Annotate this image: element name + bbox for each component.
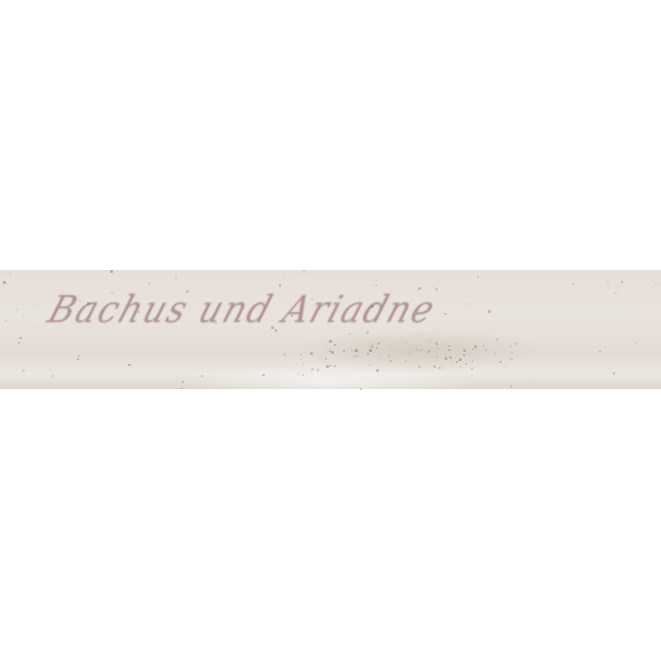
porcelain-band: Bachus und Ariadne (0, 270, 661, 389)
speck (509, 363, 510, 364)
speck (77, 355, 79, 357)
speck (128, 364, 130, 366)
speck (19, 337, 21, 339)
speck (465, 363, 467, 365)
speck (367, 353, 369, 355)
speck (376, 347, 378, 349)
speck (471, 368, 473, 370)
speck (418, 365, 421, 368)
speck (300, 359, 301, 360)
speck (416, 349, 417, 350)
speck (323, 361, 324, 362)
speck (499, 361, 502, 364)
speck (494, 352, 496, 354)
speck (400, 363, 401, 364)
speck (438, 367, 441, 370)
speck (376, 369, 379, 372)
speck (315, 346, 316, 347)
speck (475, 367, 476, 368)
speck (510, 385, 513, 388)
speck (343, 350, 345, 352)
speck (334, 344, 335, 345)
speck (599, 351, 601, 353)
speck (372, 343, 374, 345)
speck (325, 357, 327, 359)
speck (613, 372, 615, 374)
speck (505, 365, 507, 367)
speck (291, 315, 293, 317)
speck (377, 342, 380, 345)
speck (389, 360, 392, 363)
speck (456, 361, 458, 363)
speck (23, 316, 24, 317)
speck (310, 352, 312, 354)
speck (444, 313, 446, 315)
speck (320, 356, 321, 357)
speck (428, 350, 431, 353)
speck (436, 344, 437, 345)
speck (366, 331, 368, 333)
speck (389, 347, 391, 349)
speck (451, 362, 452, 363)
speck (79, 300, 81, 302)
speck (275, 329, 277, 331)
speck (182, 381, 184, 383)
speck (201, 375, 203, 377)
speck (59, 312, 60, 313)
speck (311, 368, 314, 371)
speck (5, 320, 7, 322)
speck (334, 365, 336, 367)
speck (354, 351, 355, 352)
speck (186, 290, 189, 293)
speck (405, 352, 406, 353)
speck (445, 357, 447, 359)
speck (528, 381, 529, 382)
speck (572, 283, 574, 285)
speck (87, 302, 89, 304)
speck (388, 355, 390, 357)
speck (496, 338, 499, 341)
speck (469, 355, 470, 356)
speck (22, 369, 25, 372)
speck (477, 276, 479, 278)
speck (436, 356, 438, 358)
speck (463, 349, 466, 352)
speck (459, 359, 461, 361)
speck (621, 281, 623, 283)
speck (34, 303, 36, 305)
speck (463, 354, 465, 356)
speck (485, 349, 487, 351)
speck (35, 325, 36, 326)
speck (302, 374, 304, 376)
speck (77, 358, 79, 360)
speck (379, 358, 381, 360)
speck (355, 349, 358, 352)
handwritten-inscription: Bachus und Ariadne (39, 277, 650, 343)
speck (349, 333, 351, 335)
speck (409, 353, 411, 355)
speck (371, 345, 374, 348)
speck (448, 345, 450, 347)
speck (177, 313, 178, 314)
speck (327, 344, 328, 345)
speck (474, 345, 477, 348)
speck (321, 358, 323, 360)
speck (510, 346, 512, 348)
speck (303, 270, 305, 272)
speck (405, 360, 407, 362)
speck (110, 270, 113, 273)
speck (371, 305, 374, 308)
speck (351, 349, 354, 352)
speck (215, 322, 217, 324)
speck (283, 353, 285, 355)
speck (9, 273, 10, 274)
speck (329, 350, 331, 352)
speck (514, 342, 517, 345)
speck (483, 345, 485, 347)
speck (472, 361, 473, 362)
speck (356, 355, 358, 357)
speck (460, 366, 461, 367)
speck (300, 354, 302, 356)
speck (5, 272, 6, 273)
speck (371, 284, 372, 285)
speck (435, 288, 437, 290)
speck (448, 349, 451, 352)
speck (271, 326, 274, 329)
speck (369, 365, 371, 367)
speck (329, 364, 331, 366)
speck (52, 375, 54, 377)
speck (433, 365, 436, 368)
speck (228, 345, 229, 346)
speck (228, 300, 229, 301)
speck (9, 299, 10, 300)
speck (181, 388, 183, 390)
speck (636, 342, 638, 344)
speck (468, 303, 470, 305)
speck (510, 358, 512, 360)
speck (369, 349, 372, 352)
speck (420, 350, 421, 351)
speck (360, 388, 362, 390)
speck (449, 356, 452, 359)
speck (111, 292, 113, 294)
speck (472, 348, 474, 350)
speck (412, 300, 413, 301)
speck (262, 374, 264, 376)
speck (317, 369, 319, 371)
speck (18, 342, 19, 343)
speck (531, 319, 532, 320)
speck (607, 282, 608, 283)
speck (297, 373, 299, 375)
speck (303, 364, 304, 365)
speck (511, 353, 512, 354)
speck (16, 309, 18, 311)
speck (655, 284, 657, 286)
speck (353, 356, 355, 358)
speck (3, 281, 5, 283)
speck (437, 348, 439, 350)
speck (329, 340, 331, 342)
